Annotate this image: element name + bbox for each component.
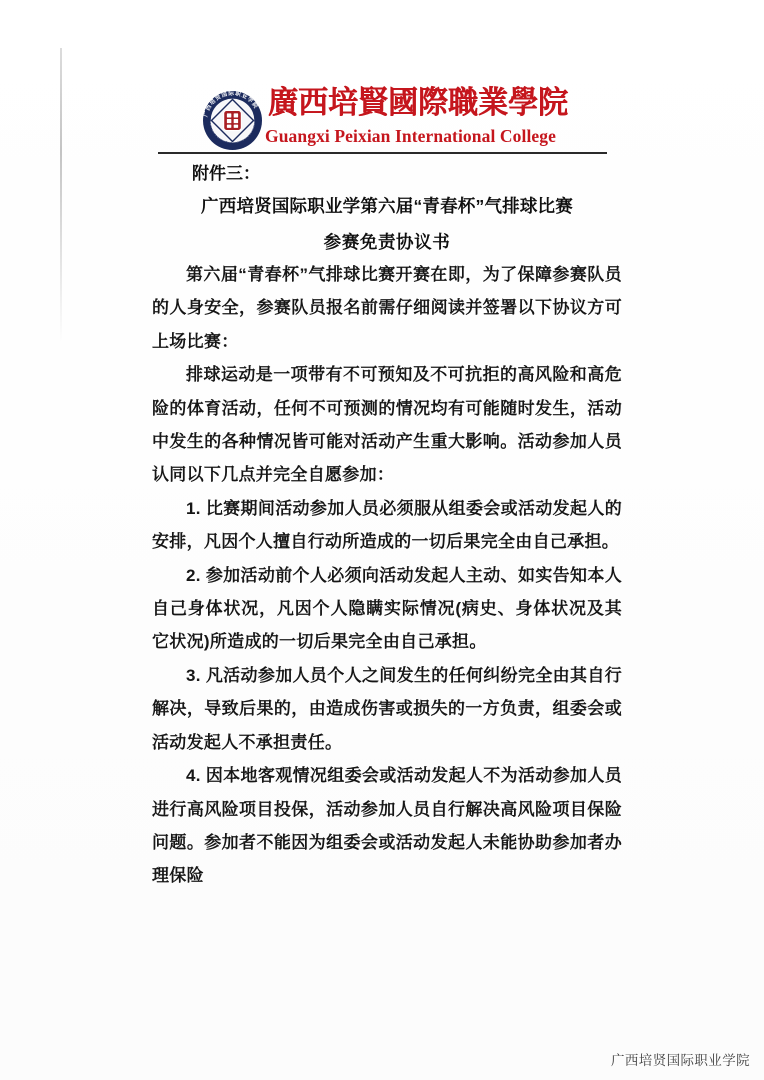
paragraph-intro: 第六届“青春杯”气排球比赛开赛在即，为了保障参赛队员的人身安全，参赛队员报名前需… (152, 258, 622, 358)
paragraph-clause-2: 2. 参加活动前个人必须向活动发起人主动、如实告知本人自己身体状况，凡因个人隐瞒… (152, 559, 622, 659)
footer-college-name: 广西培贤国际职业学院 (611, 1049, 750, 1069)
college-name-chinese: 廣西培賢國際職業學院 (268, 84, 568, 124)
paragraph-clause-1: 1. 比赛期间活动参加人员必须服从组委会或活动发起人的安排，凡因个人擅自行动所造… (152, 492, 622, 559)
college-name-english: Guangxi Peixian International College (265, 126, 556, 147)
document-title-line2: 参赛免责协议书 (152, 230, 622, 255)
paragraph-risk-statement: 排球运动是一项带有不可预知及不可抗拒的高风险和高危险的体育活动，任何不可预测的情… (152, 358, 622, 492)
document-title-line1: 广西培贤国际职业学第六届“青春杯”气排球比赛 (152, 194, 622, 219)
paragraph-clause-3: 3. 凡活动参加人员个人之间发生的任何纠纷完全由其自行解决，导致后果的，由造成伤… (152, 659, 622, 759)
letterhead-divider (158, 152, 607, 154)
college-seal-icon: 广西培贤国际职业学院 GUANGXI PEIXIAN INTERNATIONAL… (203, 91, 262, 150)
scan-crease-line (60, 48, 62, 343)
scanned-document-page: 广西培贤国际职业学院 GUANGXI PEIXIAN INTERNATIONAL… (0, 0, 764, 1080)
paragraph-clause-4: 4. 因本地客观情况组委会或活动发起人不为活动参加人员进行高风险项目投保，活动参… (152, 759, 622, 893)
attachment-label: 附件三： (152, 162, 622, 186)
document-body: 附件三： 广西培贤国际职业学第六届“青春杯”气排球比赛 参赛免责协议书 第六届“… (152, 158, 622, 893)
